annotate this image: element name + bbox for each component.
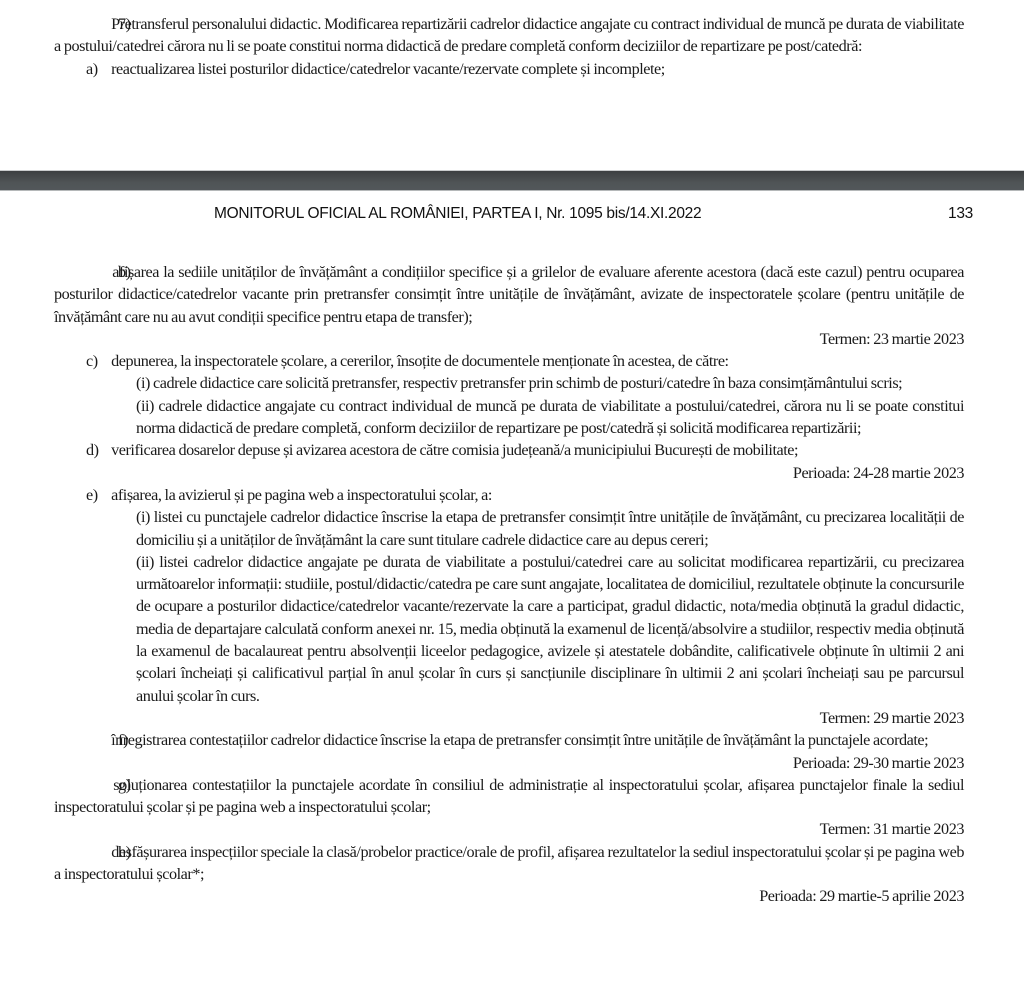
item-f-paragraph: f) înregistrarea contestațiilor cadrelor… [54, 729, 964, 751]
header-title: MONITORUL OFICIAL AL ROMÂNIEI, PARTEA I,… [214, 205, 701, 223]
item-a-label: a) [86, 58, 108, 80]
item-h-text: desfășurarea inspecțiilor speciale la cl… [54, 843, 964, 883]
item-b-text: afișarea la sediile unităților de învăță… [54, 263, 964, 326]
item-7-paragraph: 7) Pretransferul personalului didactic. … [54, 13, 964, 58]
item-c-paragraph: c) depunerea, la inspectoratele școlare,… [54, 350, 964, 372]
item-h-deadline: Perioada: 29 martie-5 aprilie 2023 [54, 885, 964, 907]
item-f-deadline: Perioada: 29-30 martie 2023 [54, 752, 964, 774]
page-separator [0, 170, 1024, 191]
item-g-text: soluționarea contestațiilor la punctajel… [54, 776, 964, 816]
item-b-paragraph: b) afișarea la sediile unităților de înv… [54, 261, 964, 328]
item-c-sub-ii-label: (ii) [136, 395, 154, 417]
item-e-sub-i-label: (i) [136, 506, 150, 528]
item-f-text: înregistrarea contestațiilor cadrelor di… [111, 731, 928, 749]
page-header: MONITORUL OFICIAL AL ROMÂNIEI, PARTEA I,… [0, 205, 1024, 227]
item-e-deadline: Termen: 29 martie 2023 [54, 707, 964, 729]
item-c-label: c) [86, 350, 108, 372]
item-e-sub-i-text: listei cu punctajele cadrelor didactice … [136, 508, 964, 548]
item-e-paragraph: e) afișarea, la avizierul și pe pagina w… [54, 484, 964, 506]
item-e-sub-ii-label: (ii) [136, 551, 154, 573]
page-body: b) afișarea la sediile unităților de înv… [54, 261, 964, 908]
item-7-label: 7) [86, 13, 108, 35]
previous-page-fragment: 7) Pretransferul personalului didactic. … [54, 13, 964, 80]
item-b-label: b) [86, 261, 108, 283]
item-d-label: d) [86, 439, 108, 461]
item-e-sub-i: (i) listei cu punctajele cadrelor didact… [54, 506, 964, 551]
item-c-sub-ii: (ii) cadrele didactice angajate cu contr… [54, 395, 964, 440]
item-e-text: afișarea, la avizierul și pe pagina web … [111, 486, 492, 504]
item-b-deadline: Termen: 23 martie 2023 [54, 328, 964, 350]
item-a-text: reactualizarea listei posturilor didacti… [111, 60, 665, 78]
item-e-label: e) [86, 484, 108, 506]
item-d-text: verificarea dosarelor depuse și avizarea… [111, 441, 798, 459]
page-number: 133 [948, 205, 973, 223]
item-c-sub-ii-text: cadrele didactice angajate cu contract i… [136, 397, 964, 437]
item-h-label: h) [86, 841, 108, 863]
item-c-text: depunerea, la inspectoratele școlare, a … [111, 352, 729, 370]
item-a-paragraph: a) reactualizarea listei posturilor dida… [54, 58, 964, 80]
item-7-text: Pretransferul personalului didactic. Mod… [54, 15, 964, 55]
item-g-label: g) [86, 774, 108, 796]
item-d-deadline: Perioada: 24-28 martie 2023 [54, 462, 964, 484]
item-e-sub-ii-text: listei cadrelor didactice angajate pe du… [136, 553, 964, 705]
item-c-sub-i-label: (i) [136, 372, 150, 394]
item-g-deadline: Termen: 31 martie 2023 [54, 818, 964, 840]
item-e-sub-ii: (ii) listei cadrelor didactice angajate … [54, 551, 964, 707]
item-h-paragraph: h) desfășurarea inspecțiilor speciale la… [54, 841, 964, 886]
item-f-label: f) [86, 729, 108, 751]
item-c-sub-i: (i) cadrele didactice care solicită pret… [54, 372, 964, 394]
item-d-paragraph: d) verificarea dosarelor depuse și aviza… [54, 439, 964, 461]
item-c-sub-i-text: cadrele didactice care solicită pretrans… [153, 374, 902, 392]
item-g-paragraph: g) soluționarea contestațiilor la puncta… [54, 774, 964, 819]
